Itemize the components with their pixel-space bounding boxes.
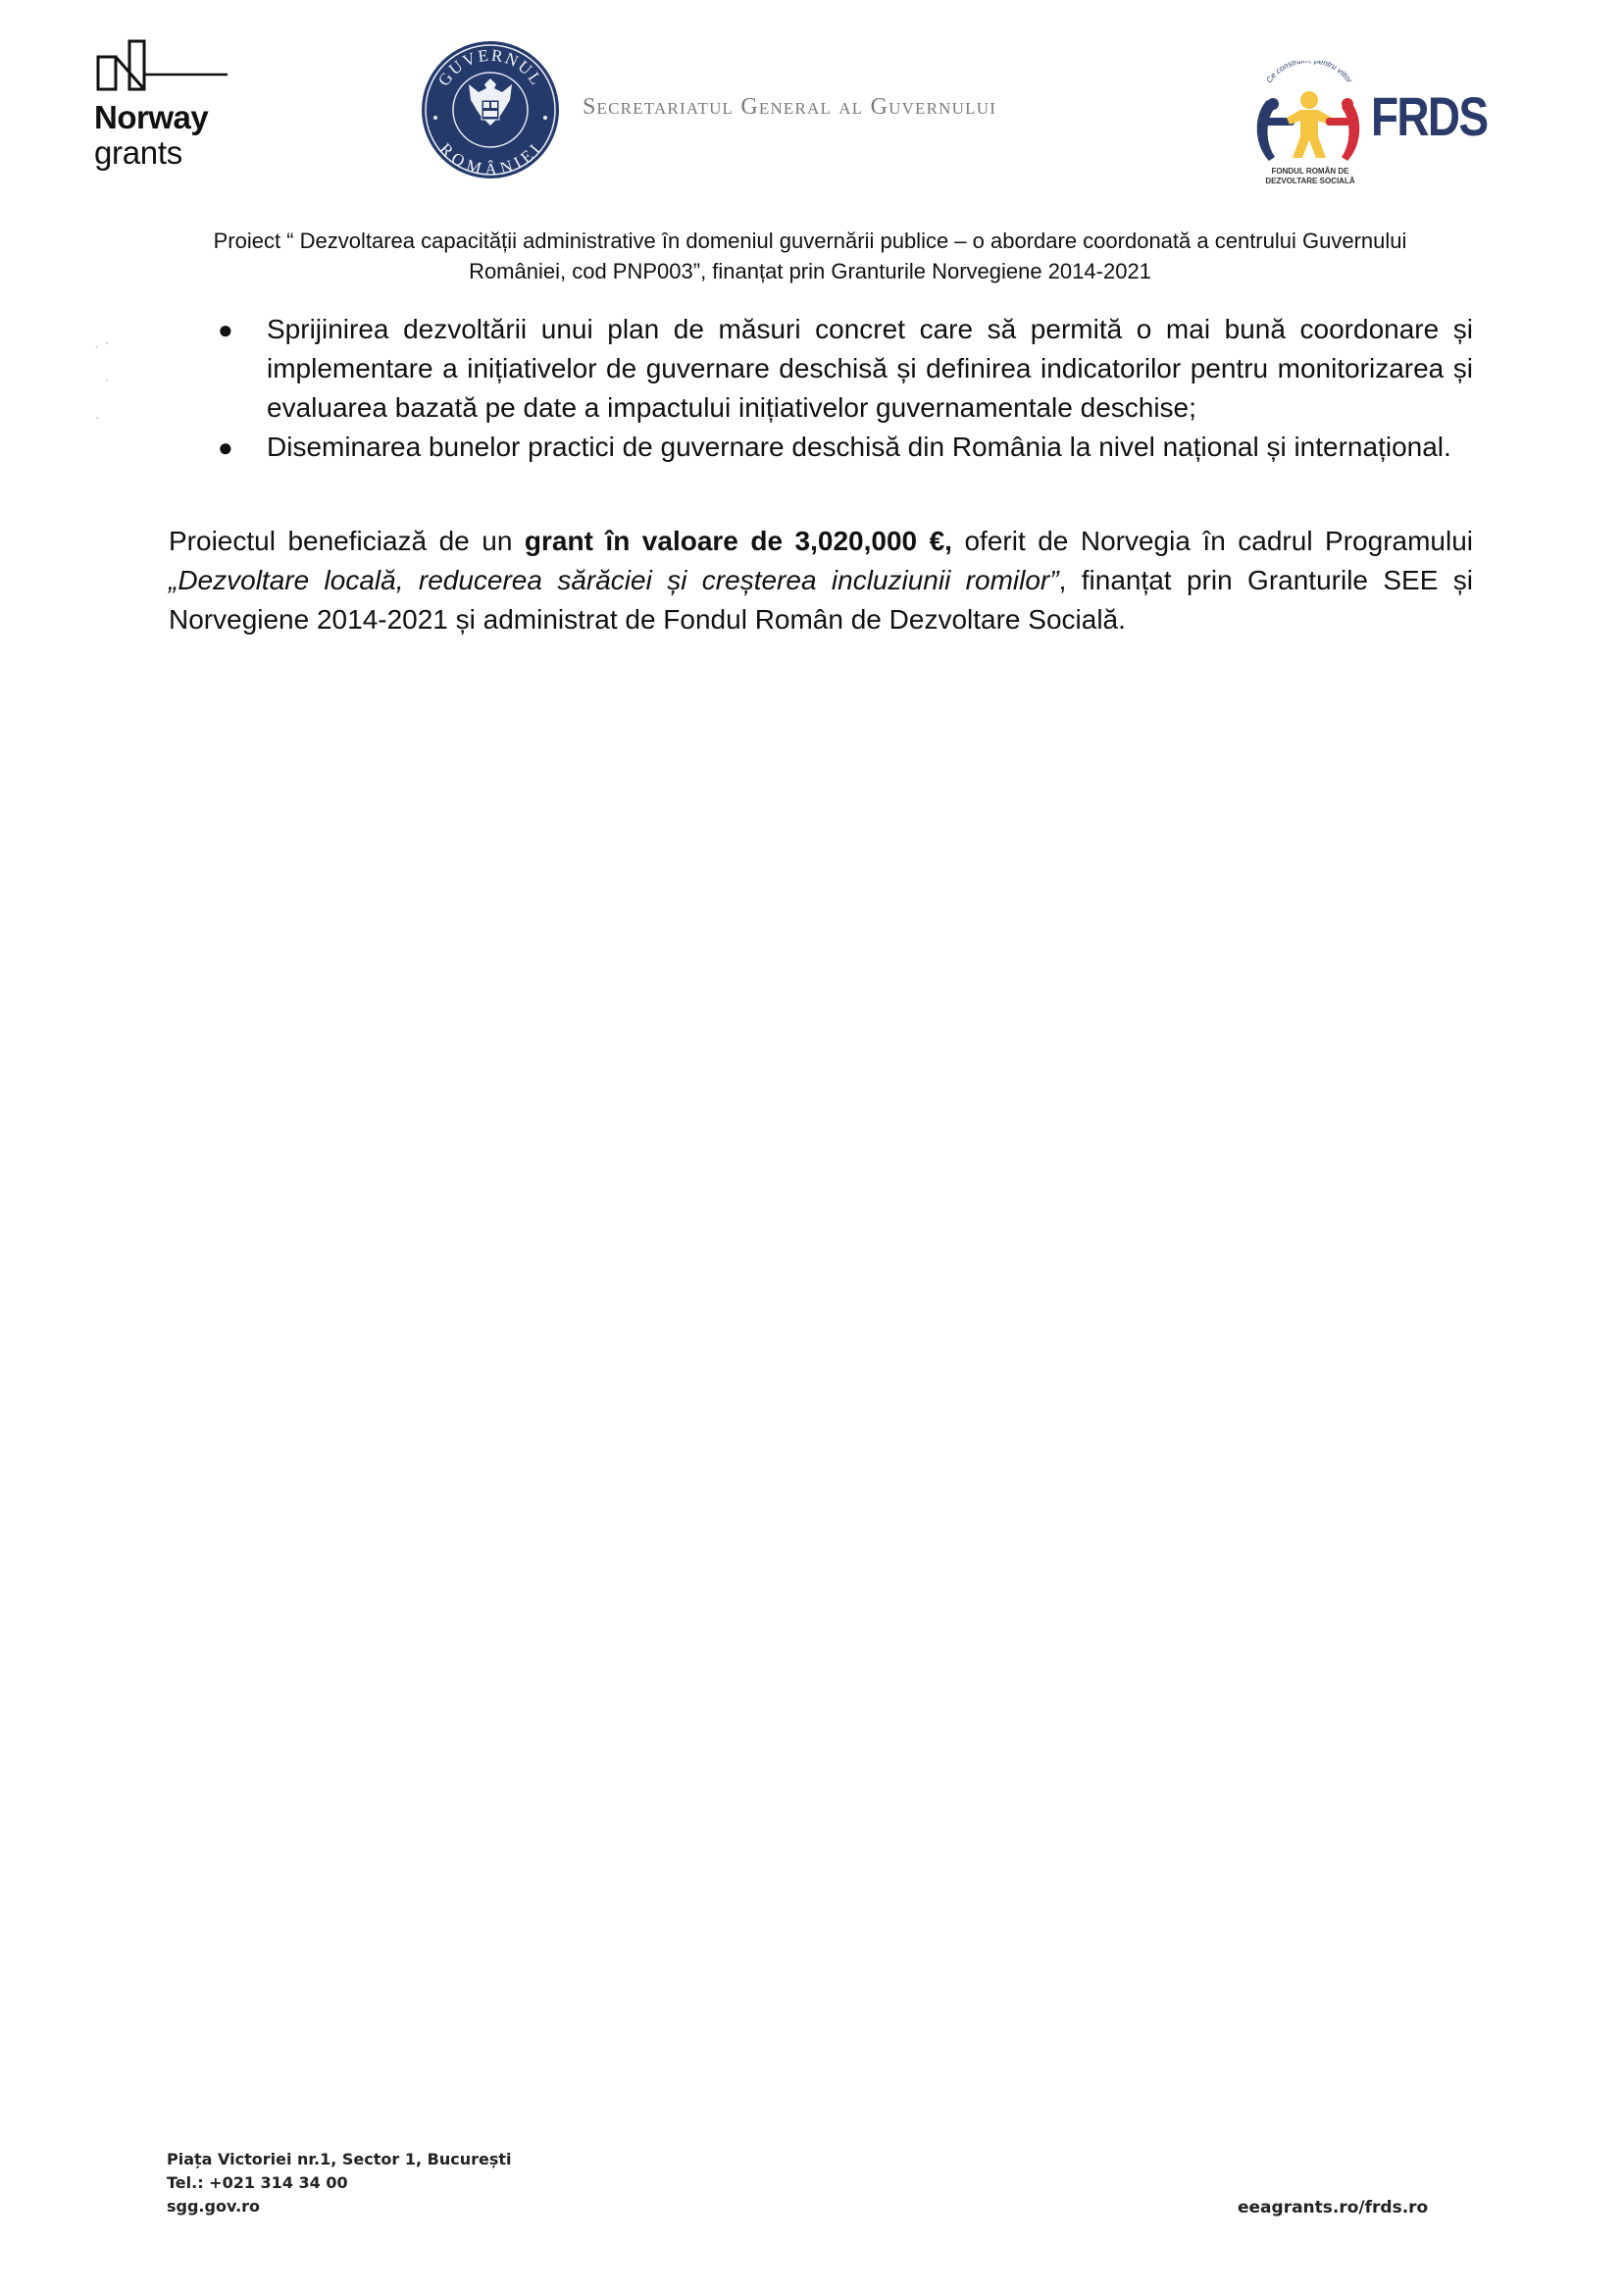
guvernul-romaniei-seal-icon: GUVERNUL ROMÂNIEI — [420, 39, 561, 180]
list-item-text: Diseminarea bunelor practici de guvernar… — [267, 432, 1451, 462]
bullet-icon: ● — [218, 428, 233, 467]
footer-website-right[interactable]: eeagrants.ro/frds.ro — [1238, 2198, 1428, 2218]
grant-text-1: Proiectul beneficiază de un — [169, 526, 525, 556]
norway-logo-subtitle: grants — [94, 135, 241, 171]
document-body: ● Sprijinirea dezvoltării unui plan de m… — [169, 310, 1473, 667]
footer-address: Piața Victoriei nr.1, Sector 1, Bucureșt… — [167, 2148, 511, 2171]
frds-acronym: FRDS — [1371, 84, 1487, 148]
frds-caption: FONDUL ROMÂN DE DEZVOLTARE SOCIALĂ — [1251, 167, 1369, 186]
frds-caption-line2: DEZVOLTARE SOCIALĂ — [1251, 177, 1369, 186]
footer-phone: Tel.: +021 314 34 00 — [167, 2171, 511, 2195]
program-name: „Dezvoltare locală, reducerea sărăciei ș… — [169, 565, 1059, 595]
list-item: ● Diseminarea bunelor practici de guvern… — [169, 428, 1473, 467]
svg-text:Ce construim, pentru viitor: Ce construim, pentru viitor — [1265, 61, 1354, 84]
grant-amount: grant în valoare de 3,020,000 €, — [525, 526, 952, 556]
norway-grants-flag-icon — [94, 39, 231, 94]
frds-caption-line1: FONDUL ROMÂN DE — [1251, 167, 1369, 177]
footer-contact: Piața Victoriei nr.1, Sector 1, Bucureșt… — [167, 2148, 511, 2218]
list-item-text: Sprijinirea dezvoltării unui plan de măs… — [267, 314, 1473, 423]
frds-figures-icon: Ce construim, pentru viitor — [1245, 61, 1373, 169]
scan-artifacts: . · ·· — [94, 324, 110, 435]
grant-text-2: oferit de Norvegia în cadrul Programului — [952, 526, 1473, 556]
norway-grants-logo: Norway grants — [94, 39, 241, 171]
institution-name: Secretariatul General al Guvernului — [583, 94, 996, 121]
footer-website-left[interactable]: sgg.gov.ro — [167, 2195, 511, 2218]
objectives-list: ● Sprijinirea dezvoltării unui plan de m… — [169, 310, 1473, 467]
bullet-icon: ● — [218, 310, 233, 349]
project-heading: Proiect “ Dezvoltarea capacității admini… — [94, 226, 1526, 286]
list-item: ● Sprijinirea dezvoltării unui plan de m… — [169, 310, 1473, 428]
government-seal: GUVERNUL ROMÂNIEI — [420, 39, 561, 180]
norway-logo-title: Norway — [94, 100, 241, 135]
project-heading-line2: României, cod PNP003”, finanțat prin Gra… — [94, 256, 1526, 286]
grant-paragraph: Proiectul beneficiază de un grant în val… — [169, 522, 1473, 639]
project-heading-line1: Proiect “ Dezvoltarea capacității admini… — [94, 226, 1526, 256]
